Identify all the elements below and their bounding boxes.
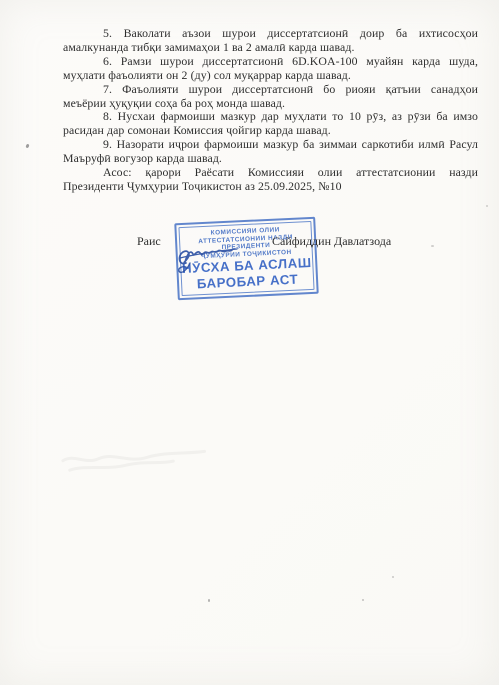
order-item-6: 6. Рамзи шурои диссертатсионӣ 6D.KOA-100… bbox=[63, 55, 478, 83]
signer-title: Раис bbox=[137, 234, 161, 249]
signer-name: Сайфиддин Давлатзода bbox=[272, 234, 391, 249]
order-item-9-line-1: 9. Назорати иҷрои фармоиши мазкур ба зим… bbox=[63, 138, 478, 152]
scanned-page: 5. Ваколати аъзои шурои диссертатсионӣ д… bbox=[0, 0, 499, 685]
order-item-5-line-2: амалкунанда тибқи замимаҳои 1 ва 2 амалӣ… bbox=[63, 41, 478, 55]
handwritten-signature-icon bbox=[174, 241, 256, 279]
order-item-7-line-2: меъёрии ҳуқуқии соҳа ба роҳ монда шавад. bbox=[63, 97, 478, 111]
order-item-8: 8. Нусхаи фармоиши мазкур дар муҳлати то… bbox=[63, 110, 478, 138]
order-item-7-line-1: 7. Фаъолияти шурои диссертатсионӣ бо рио… bbox=[63, 83, 478, 97]
order-item-8-line-1: 8. Нусхаи фармоиши мазкур дар муҳлати то… bbox=[63, 110, 478, 124]
order-item-9-line-2: Маъруфӣ вогузор карда шавад. bbox=[63, 152, 478, 166]
scan-speck bbox=[431, 245, 434, 247]
order-item-5: 5. Ваколати аъзои шурои диссертатсионӣ д… bbox=[63, 27, 478, 55]
scan-speck bbox=[392, 576, 394, 578]
order-item-7: 7. Фаъолияти шурои диссертатсионӣ бо рио… bbox=[63, 83, 478, 111]
scan-smudge bbox=[54, 433, 227, 486]
basis-paragraph: Асос: қарори Раёсати Комиссияи олии атте… bbox=[63, 166, 478, 194]
scan-speck bbox=[25, 144, 29, 149]
basis-line-1: Асос: қарори Раёсати Комиссияи олии атте… bbox=[63, 166, 478, 180]
order-item-6-line-2: муҳлати фаъолияти он 2 (ду) сол муқаррар… bbox=[63, 69, 478, 83]
scan-speck bbox=[362, 599, 364, 601]
order-text-block: 5. Ваколати аъзои шурои диссертатсионӣ д… bbox=[63, 27, 478, 194]
order-item-9: 9. Назорати иҷрои фармоиши мазкур ба зим… bbox=[63, 138, 478, 166]
scan-speck bbox=[486, 205, 488, 207]
scan-speck bbox=[208, 599, 210, 602]
order-item-6-line-1: 6. Рамзи шурои диссертатсионӣ 6D.KOA-100… bbox=[63, 55, 478, 69]
order-item-5-line-1: 5. Ваколати аъзои шурои диссертатсионӣ д… bbox=[63, 27, 478, 41]
order-item-8-line-2: расидан дар сомонаи Комиссия ҷойгир кард… bbox=[63, 124, 478, 138]
basis-line-2: Президенти Ҷумҳурии Тоҷикистон аз 25.09.… bbox=[63, 180, 478, 194]
